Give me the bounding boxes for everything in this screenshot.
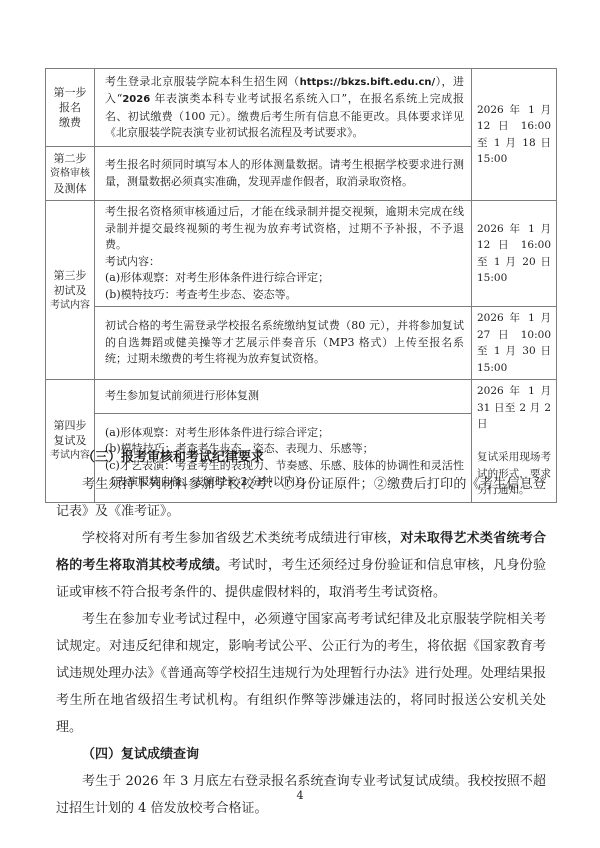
step-3-content-a: 考生报名资格须审核通过后，才能在线录制并提交视频，逾期未完成在线录制并提交最终视… <box>95 201 472 307</box>
document-body: （三）报考审核和考试纪律要求 考生须持下列材料参加学校校考：①身份证原件；②缴费… <box>56 444 546 822</box>
table-row: 第三步初试及考试内容 考生报名资格须审核通过后，才能在线录制并提交视频，逾期未完… <box>46 201 557 307</box>
step-3-content-b: 初试合格的考生需登录学校报名系统缴纳复试费（80 元），并将参加复试的自选舞蹈或… <box>95 307 472 380</box>
exam-procedure-table: 第一步报名缴费 考生登录北京服装学院本科生招生网（https://bkzs.bi… <box>45 68 557 503</box>
step-4-content-a: 考生参加复试前须进行形体复测 <box>95 380 472 414</box>
step-1-content: 考生登录北京服装学院本科生招生网（https://bkzs.bift.edu.c… <box>95 69 472 147</box>
document-page: 第一步报名缴费 考生登录北京服装学院本科生招生网（https://bkzs.bi… <box>0 0 600 848</box>
section-4-heading: （四）复试成绩查询 <box>56 741 546 768</box>
step-2-label: 第二步资格审核及测体 <box>46 147 95 201</box>
table-row: 第四步复试及考试内容 考生参加复试前须进行形体复测 2026 年 1 月 31 … <box>46 380 557 414</box>
section-3-paragraph-1: 考生须持下列材料参加学校校考：①身份证原件；②缴费后打印的《考生信息登记表》及《… <box>56 471 546 525</box>
step-1-label: 第一步报名缴费 <box>46 69 95 147</box>
step-2-content: 考生报名时须同时填写本人的形体测量数据。请考生根据学校要求进行测量，测量数据必须… <box>95 147 472 201</box>
page-number: 4 <box>0 789 600 802</box>
step-3-date-b: 2026 年 1 月 27 日 10:00 至 1 月 30 日 15:00 <box>472 307 557 380</box>
table-row: 第一步报名缴费 考生登录北京服装学院本科生招生网（https://bkzs.bi… <box>46 69 557 147</box>
step-3-date-a: 2026 年 1 月 12 日 16:00 至 1 月 20 日 15:00 <box>472 201 557 307</box>
step-1-2-date: 2026 年 1 月 12 日 16:00 至 1 月 18 日 15:00 <box>472 69 557 201</box>
step-3-label: 第三步初试及考试内容 <box>46 201 95 380</box>
section-3-paragraph-2: 学校将对所有考生参加省级艺术类统考成绩进行审核，对未取得艺术类省统考合格的考生将… <box>56 525 546 606</box>
table-row: 初试合格的考生需登录学校报名系统缴纳复试费（80 元），并将参加复试的自选舞蹈或… <box>46 307 557 380</box>
section-3-heading: （三）报考审核和考试纪律要求 <box>56 444 546 471</box>
section-3-paragraph-3: 考生在参加专业考试过程中，必须遵守国家高考考试纪律及北京服装学院相关考试规定。对… <box>56 606 546 741</box>
